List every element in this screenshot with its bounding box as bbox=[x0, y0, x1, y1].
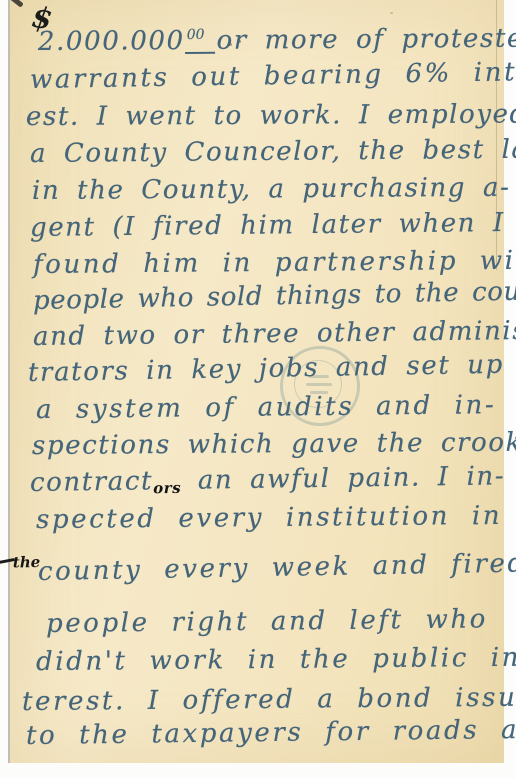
line-text: to the taxpayers for roads and bbox=[26, 715, 516, 751]
inserted-word-the: the bbox=[13, 546, 41, 578]
line-text: and two or three other adminis- bbox=[33, 316, 516, 352]
line-text: spections which gave the crooked bbox=[32, 427, 516, 461]
line-text: gent (I fired him later when I bbox=[30, 208, 505, 243]
paper-speck bbox=[390, 12, 393, 14]
handwritten-line-19: to the taxpayers for roads and bbox=[26, 714, 516, 752]
line-text: an awful pain. I in- bbox=[181, 461, 506, 496]
handwritten-line-18: terest. I offered a bond issue bbox=[22, 682, 516, 718]
line-text: or more of protested bbox=[216, 23, 516, 55]
line-text: trators in key jobs and set up bbox=[28, 350, 504, 388]
handwritten-line-10: trators in key jobs and set up bbox=[28, 349, 504, 389]
handwritten-line-15: thecounty every week and fired bbox=[38, 547, 516, 588]
line-text: didn't work in the public in- bbox=[36, 643, 516, 677]
line-text: found him in partnership with bbox=[33, 246, 516, 280]
handwritten-line-16: people right and left who bbox=[46, 603, 488, 640]
line-text: a County Councelor, the best lawyer bbox=[30, 134, 516, 169]
handwritten-line-13: contractors an awful pain. I in- bbox=[30, 460, 506, 502]
line-text: people who sold things to the county) bbox=[33, 276, 516, 316]
handwritten-line-11: a system of audits and in- bbox=[36, 389, 497, 426]
line-text: county every week and fired bbox=[38, 548, 516, 587]
amount-cents-superscript: 00 bbox=[185, 19, 215, 54]
line-text: warrants out bearing 6% inter- bbox=[30, 57, 516, 95]
line-text: a system of audits and in- bbox=[36, 390, 497, 425]
line-text: spected every institution in bbox=[36, 501, 502, 535]
handwritten-line-7: found him in partnership with bbox=[33, 245, 516, 281]
handwritten-line-5: in the County, a purchasing a- bbox=[32, 172, 511, 207]
line-text: est. I went to work. I employed bbox=[26, 99, 516, 132]
line-text: people right and left who bbox=[46, 604, 488, 639]
handwritten-line-12: spections which gave the crooked bbox=[32, 426, 516, 462]
inserted-word-ors: ors bbox=[153, 472, 181, 504]
line-text: contract bbox=[30, 466, 154, 498]
handwritten-line-3: est. I went to work. I employed bbox=[26, 98, 516, 133]
scanned-document: $ 2.000.00000or more of protested warran… bbox=[0, 0, 516, 778]
scan-edge-mark bbox=[7, 0, 23, 8]
handwritten-page: $ 2.000.00000or more of protested warran… bbox=[10, 0, 504, 763]
handwritten-line-9: and two or three other adminis- bbox=[33, 315, 516, 353]
line-text: in the County, a purchasing a- bbox=[32, 173, 511, 206]
handwritten-line-14: spected every institution in bbox=[36, 500, 502, 536]
amount-figures: 2.000.000 bbox=[38, 26, 185, 57]
handwritten-line-4: a County Councelor, the best lawyer bbox=[30, 133, 516, 170]
line-text: terest. I offered a bond issue bbox=[22, 683, 516, 717]
handwritten-line-17: didn't work in the public in- bbox=[36, 642, 516, 678]
handwritten-line-8: people who sold things to the county) bbox=[33, 275, 516, 317]
handwritten-line-6: gent (I fired him later when I bbox=[30, 207, 505, 244]
